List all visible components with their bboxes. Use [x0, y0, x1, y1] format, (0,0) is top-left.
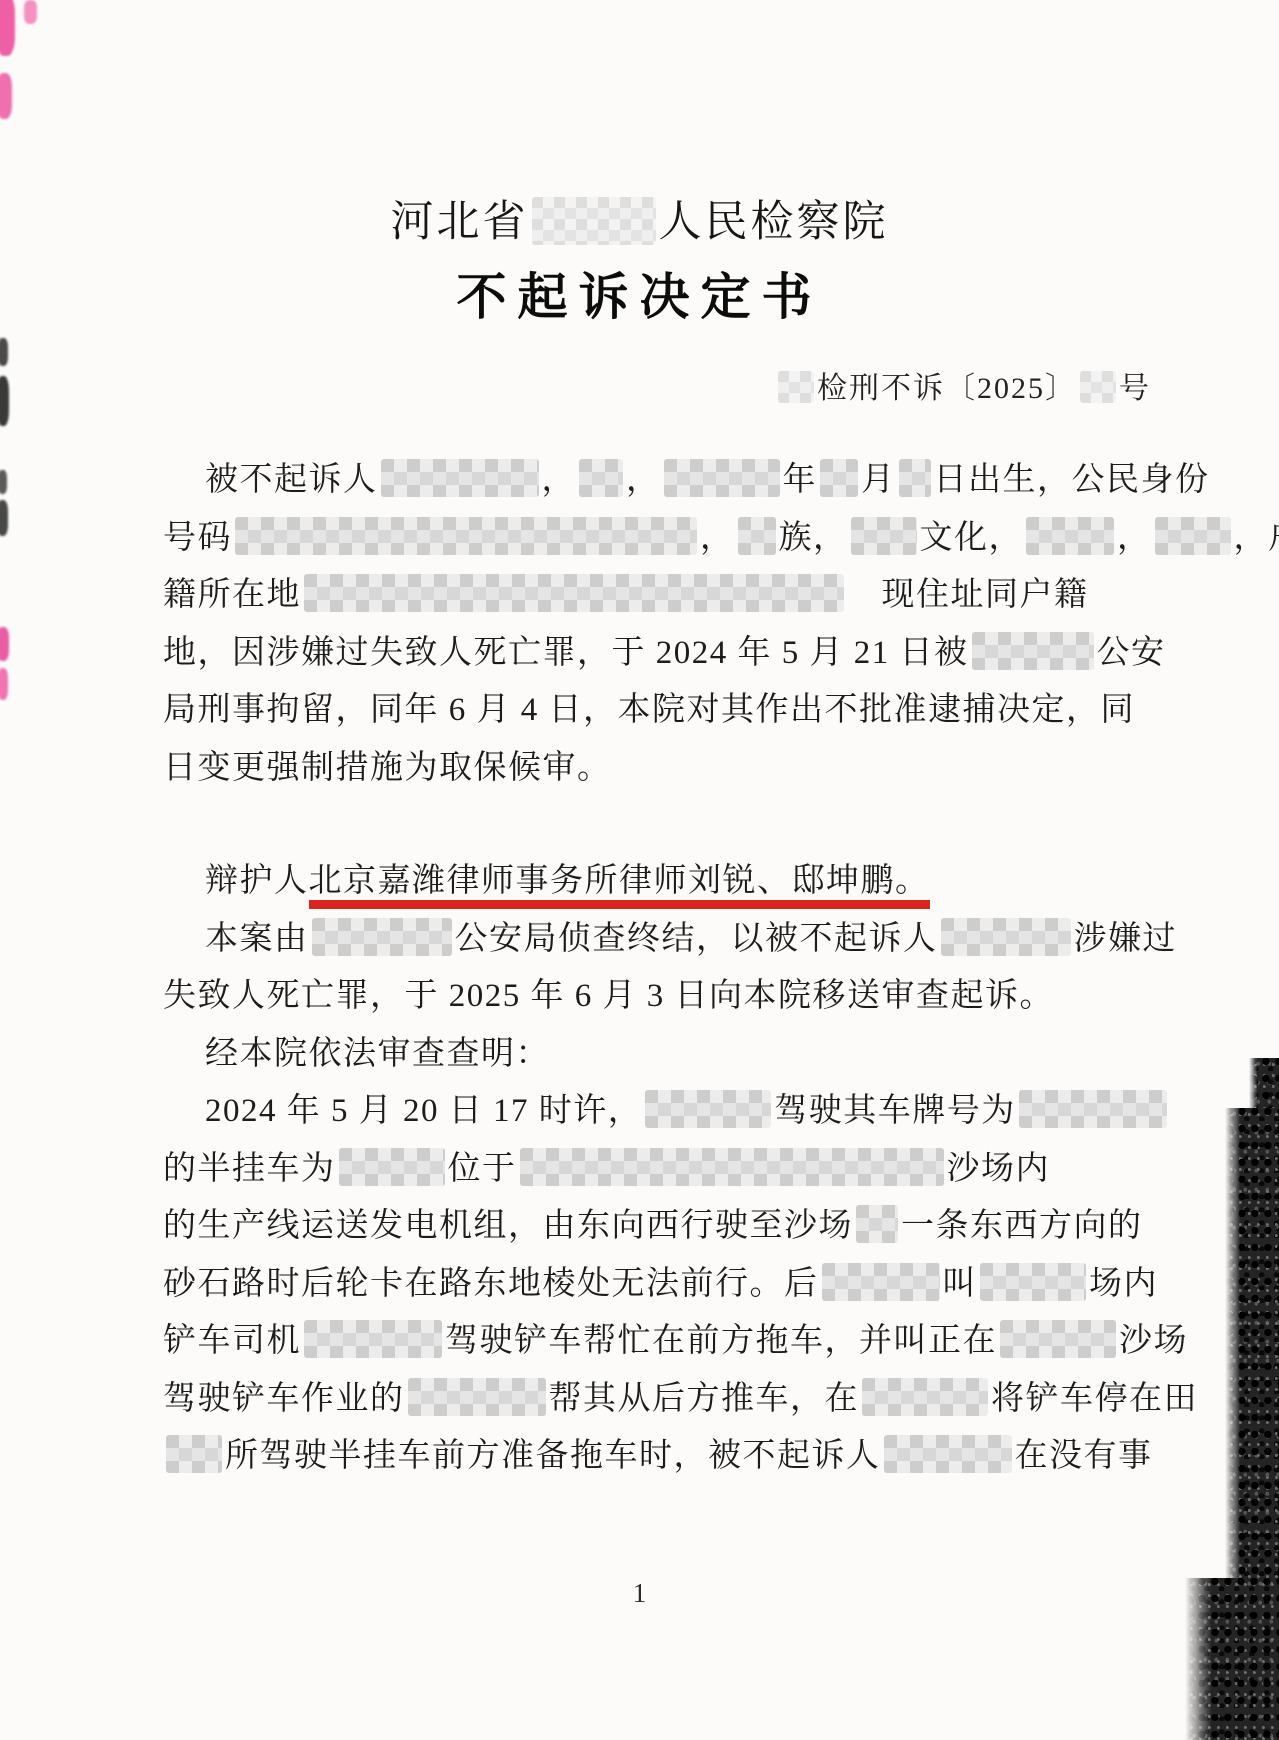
scan-smudge-pink: [24, 0, 37, 24]
redaction-block: [778, 371, 814, 403]
body-text: 叫: [943, 1266, 978, 1302]
body-line: 砂石路时后轮卡在路东地棱处无法前行。后叫场内: [163, 1256, 1143, 1314]
redaction-block: [941, 918, 1071, 956]
body-line: 2024 年 5 月 20 日 17 时许，驾驶其车牌号为: [163, 1083, 1143, 1141]
redaction-block: [520, 1148, 944, 1186]
scan-smudge-pink: [0, 668, 8, 700]
body-text: 铲车司机: [163, 1323, 301, 1359]
red-underlined-text: 北京嘉潍律师事务所律师刘锐、邸坤鹏。: [309, 863, 930, 909]
scan-smudge-pink: [0, 73, 12, 119]
document-body: 被不起诉人，，年月日出生，公民身份号码，族，文化，，，户籍所在地 现住址同户籍地…: [163, 452, 1143, 1486]
body-text: ，: [542, 462, 577, 498]
body-text: 场内: [1089, 1266, 1158, 1302]
body-text: 本案由: [205, 921, 309, 957]
scan-smudge-gray: [0, 470, 7, 494]
body-line: 被不起诉人，，年月日出生，公民身份: [163, 452, 1143, 510]
body-text: 将铲车停在田: [991, 1381, 1198, 1417]
scan-smudge-gray: [0, 500, 8, 536]
redaction-block: [856, 1205, 898, 1243]
redaction-block: [579, 459, 623, 497]
body-text: 籍所在地: [163, 577, 301, 613]
body-text: 文化，: [920, 520, 1024, 556]
body-text: 经本院依法审查查明：: [205, 1036, 550, 1072]
redaction-block: [1026, 517, 1114, 555]
redaction-block: [408, 1378, 546, 1416]
redaction-block: [339, 1148, 445, 1186]
redaction-block: [645, 1090, 771, 1128]
body-line: 铲车司机驾驶铲车帮忙在前方拖车，并叫正在沙场: [163, 1313, 1143, 1371]
redaction-block: [980, 1263, 1086, 1301]
body-text: 驾驶其车牌号为: [774, 1093, 1016, 1129]
document-header: 河北省人民检察院 不起诉决定书: [0, 188, 1279, 329]
scan-dark-edge: [1225, 1108, 1279, 1648]
body-line: 辩护人北京嘉潍律师事务所律师刘锐、邸坤鹏。: [163, 853, 1143, 911]
body-text: 沙场: [1119, 1323, 1188, 1359]
body-text: 年: [783, 462, 818, 498]
case-number-line: 检刑不诉〔2025〕号: [775, 363, 1151, 407]
court-name-suffix: 人民检察院: [659, 199, 889, 246]
redaction-block: [738, 517, 776, 555]
scan-smudge-pink: [0, 0, 15, 56]
document-title: 不起诉决定书: [0, 257, 1279, 329]
body-text: 帮其从后方推车，在: [549, 1381, 860, 1417]
body-text: 地，因涉嫌过失致人死亡罪，于 2024 年 5 月 21 日被: [163, 635, 969, 671]
body-line: 局刑事拘留，同年 6 月 4 日，本院对其作出不批准逮捕决定，同: [163, 682, 1143, 740]
body-text: 公安: [1097, 635, 1166, 671]
redaction-block: [532, 197, 656, 245]
court-name: 河北省人民检察院: [0, 188, 1279, 249]
redaction-block: [1000, 1320, 1116, 1358]
body-text: 局刑事拘留，同年 6 月 4 日，本院对其作出不批准逮捕决定，同: [163, 692, 1135, 728]
redaction-block: [884, 1435, 1012, 1473]
scan-smudge-gray: [0, 338, 8, 366]
court-name-prefix: 河北省: [391, 199, 529, 246]
case-number-suffix: 号: [1119, 372, 1151, 405]
body-text: 驾驶铲车帮忙在前方拖车，并叫正在: [445, 1323, 997, 1359]
redaction-block: [304, 574, 844, 612]
body-text: 位于: [448, 1151, 517, 1187]
body-text: 辩护人: [205, 863, 309, 899]
body-line: 的生产线运送发电机组，由东向西行驶至沙场一条东西方向的: [163, 1198, 1143, 1256]
body-line: 本案由公安局侦查终结，以被不起诉人涉嫌过: [163, 911, 1143, 969]
redaction-block: [820, 459, 858, 497]
case-number-text: 检刑不诉〔2025〕: [817, 372, 1077, 405]
body-text: 2024 年 5 月 20 日 17 时许，: [205, 1093, 642, 1129]
body-text: 被不起诉人: [205, 462, 378, 498]
body-text: 失致人死亡罪，于 2025 年 6 月 3 日向本院移送审查起诉。: [163, 978, 1054, 1014]
body-text: 现住址同户籍: [847, 577, 1089, 613]
redaction-block: [166, 1435, 222, 1473]
body-text: 公安局侦查终结，以被不起诉人: [455, 921, 938, 957]
page-number: 1: [0, 1578, 1279, 1609]
body-text: 号码: [163, 520, 232, 556]
redaction-block: [851, 517, 917, 555]
body-line: 的半挂车为位于沙场内: [163, 1141, 1143, 1199]
redaction-block: [664, 459, 780, 497]
body-text: 的半挂车为: [163, 1151, 336, 1187]
body-text: 月: [861, 462, 896, 498]
body-line: 失致人死亡罪，于 2025 年 6 月 3 日向本院移送审查起诉。: [163, 968, 1143, 1026]
redaction-block: [235, 517, 697, 555]
body-line: 驾驶铲车作业的帮其从后方推车，在将铲车停在田: [163, 1371, 1143, 1429]
scan-smudge-gray: [0, 376, 9, 426]
body-text: ，户: [1234, 520, 1279, 556]
redaction-block: [1080, 371, 1116, 403]
body-text: 沙场内: [947, 1151, 1051, 1187]
scan-dark-edge: [1185, 1578, 1279, 1740]
body-line: 籍所在地 现住址同户籍: [163, 567, 1143, 625]
body-line: 地，因涉嫌过失致人死亡罪，于 2024 年 5 月 21 日被公安: [163, 625, 1143, 683]
body-text: 的生产线运送发电机组，由东向西行驶至沙场: [163, 1208, 853, 1244]
redaction-block: [899, 459, 931, 497]
redaction-block: [304, 1320, 442, 1358]
redaction-block: [312, 918, 452, 956]
redaction-block: [862, 1378, 988, 1416]
body-text: 砂石路时后轮卡在路东地棱处无法前行。后: [163, 1266, 819, 1302]
scan-smudge-pink: [0, 627, 9, 661]
redaction-block: [1019, 1090, 1167, 1128]
body-line: 号码，族，文化，，，户: [163, 510, 1143, 568]
body-text: 日变更强制措施为取保候审。: [163, 750, 612, 786]
body-text: 涉嫌过: [1074, 921, 1178, 957]
redaction-block: [381, 459, 539, 497]
redaction-block: [1155, 517, 1231, 555]
body-line: 经本院依法审查查明：: [163, 1026, 1143, 1084]
scanned-document-page: 河北省人民检察院 不起诉决定书 检刑不诉〔2025〕号 被不起诉人，，年月日出生…: [0, 0, 1279, 1740]
body-text: ，: [626, 462, 661, 498]
body-line: 日变更强制措施为取保候审。: [163, 740, 1143, 798]
redaction-block: [822, 1263, 940, 1301]
body-text: ，: [700, 520, 735, 556]
body-text: 在没有事: [1015, 1438, 1153, 1474]
body-text: ，: [1117, 520, 1152, 556]
body-text: 日出生，公民身份: [934, 462, 1210, 498]
body-text: 所驾驶半挂车前方准备拖车时，被不起诉人: [225, 1438, 881, 1474]
body-line: 所驾驶半挂车前方准备拖车时，被不起诉人在没有事: [163, 1428, 1143, 1486]
body-text: 驾驶铲车作业的: [163, 1381, 405, 1417]
body-text: 族，: [779, 520, 848, 556]
body-text: 一条东西方向的: [901, 1208, 1143, 1244]
redaction-block: [972, 632, 1094, 670]
